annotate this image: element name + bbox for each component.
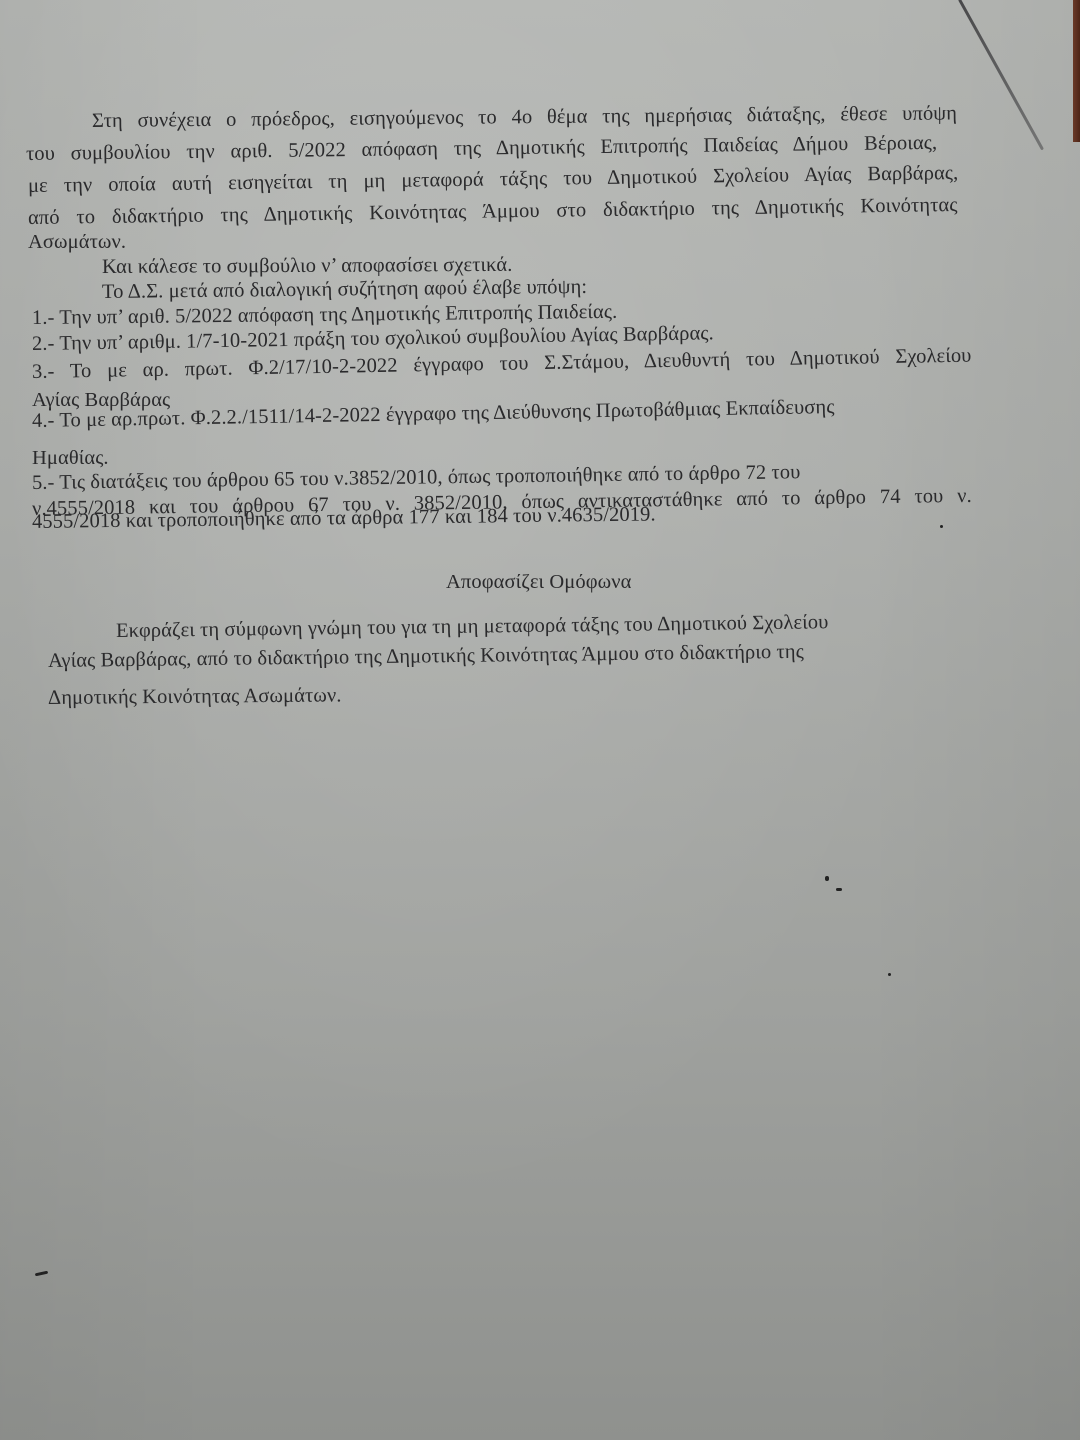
intro-line-1: Στη συνέχεια ο πρόεδρος, εισηγούμενος το… <box>92 102 957 133</box>
decision-heading: Αποφασίζει Ομόφωνα <box>446 571 631 594</box>
decision-line-2: Αγίας Βαρβάρας, από το διδακτήριο της Δη… <box>48 639 984 673</box>
ink-speck <box>940 525 943 528</box>
table-edge <box>1073 0 1080 142</box>
intro-line-2: του συμβουλίου την αριθ. 5/2022 απόφαση … <box>26 132 958 166</box>
ink-speck <box>35 1271 48 1277</box>
ink-speck <box>888 973 891 976</box>
paper-fold-line <box>958 0 1044 150</box>
consideration-4-cont: Ημαθίας. <box>32 447 109 470</box>
ink-speck <box>836 888 842 891</box>
consideration-4: 4.- Το με αρ.πρωτ. Φ.2.2./1511/14-2-2022… <box>32 394 972 433</box>
call-to-decide: Και κάλεσε το συμβούλιο ν’ αποφασίσει σχ… <box>102 254 513 279</box>
intro-line-2-text: του συμβουλίου την αριθ. 5/2022 απόφαση … <box>26 132 937 166</box>
intro-line-4: από το διδακτήριο της Δημοτικής Κοινότητ… <box>28 194 958 230</box>
ink-speck <box>825 876 829 881</box>
intro-line-5: Ασωμάτων. <box>28 231 126 254</box>
decision-line-1: Εκφράζει τη σύμφωνη γνώμη του για τη μη … <box>116 609 984 643</box>
considerations-intro: Το Δ.Σ. μετά από διαλογική συζήτηση αφού… <box>102 276 587 304</box>
intro-line-3: με την οποία αυτή εισηγείται τη μη μεταφ… <box>28 162 958 198</box>
decision-line-3: Δημοτικής Κοινότητας Ασωμάτων. <box>48 684 342 710</box>
